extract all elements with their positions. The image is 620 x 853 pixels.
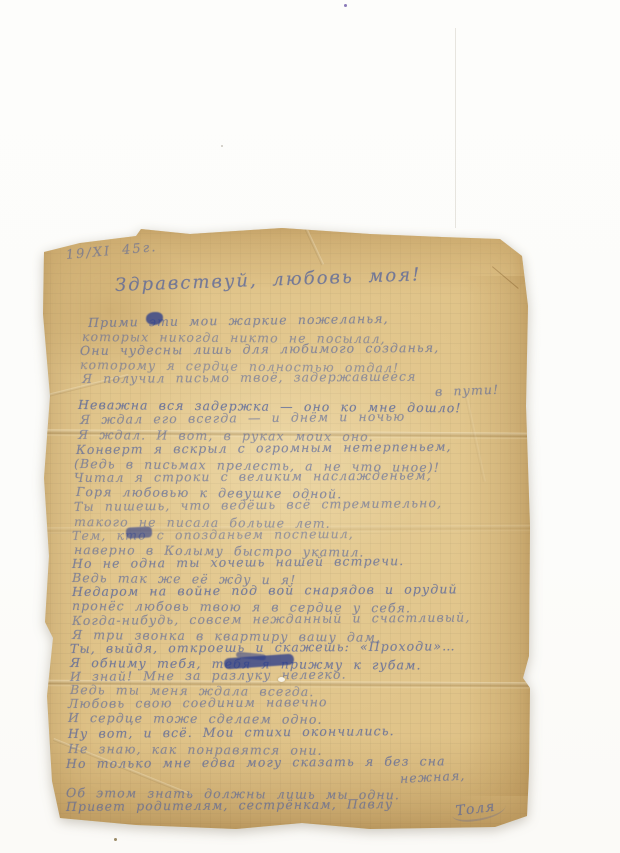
dust-speck — [114, 838, 117, 841]
handwritten-line: Но только мне едва могу сказать я без сн… — [66, 753, 446, 771]
handwritten-text-layer: 19/XI 45г. Здравствуй, любовь моя! Прими… — [40, 226, 534, 834]
handwritten-line: Недаром на войне под вой снарядов и оруд… — [72, 581, 458, 599]
handwritten-line: Прими эти мои жаркие пожеланья, — [88, 311, 389, 330]
handwritten-line: нежная, — [400, 768, 466, 786]
scanner-edge-line — [455, 28, 456, 228]
letter-date: 19/XI 45г. — [65, 240, 158, 263]
handwritten-line: Читал я строки с великим наслажденьем, — [74, 468, 432, 485]
handwritten-line: Любовь свою соединим навечно — [68, 694, 328, 711]
handwritten-line: Но не одна ты хочешь нашей встречи. — [72, 553, 404, 571]
handwritten-line: Ты пишешь, что ведёшь всё стремительно, — [74, 495, 442, 514]
dust-speck — [344, 4, 347, 7]
handwritten-line: Ну вот, и всё. Мои стихи окончились. — [68, 723, 395, 741]
paper-hole — [436, 232, 441, 236]
scanned-letter-photo: 19/XI 45г. Здравствуй, любовь моя! Прими… — [0, 0, 620, 853]
letter-greeting: Здравствуй, любовь моя! — [115, 264, 422, 296]
handwritten-line: Я получил письмо твоё, задержавшееся — [82, 369, 417, 386]
letter-paper-wrapper: 19/XI 45г. Здравствуй, любовь моя! Прими… — [40, 226, 534, 834]
handwritten-line: Когда-нибудь, совсем нежданный и счастли… — [72, 610, 470, 628]
handwritten-line: Они чудесны лишь для любимого созданья, — [80, 340, 439, 358]
handwritten-line: Я ждал его всегда — и днём и ночью — [80, 409, 405, 427]
handwritten-line: Тем, кто с опозданьем поспешил, — [72, 526, 354, 543]
signature: Толя — [451, 797, 507, 823]
dust-speck — [221, 145, 223, 147]
paper-hole — [278, 677, 285, 682]
handwritten-line: Привет родителям, сестрёнкам, Павлу — [66, 796, 393, 814]
letter-paper: 19/XI 45г. Здравствуй, любовь моя! Прими… — [40, 226, 534, 834]
ink-blot — [126, 526, 153, 538]
handwritten-line: в пути! — [435, 382, 500, 399]
handwritten-line: Конверт я вскрыл с огромным нетерпеньем, — [76, 439, 452, 457]
